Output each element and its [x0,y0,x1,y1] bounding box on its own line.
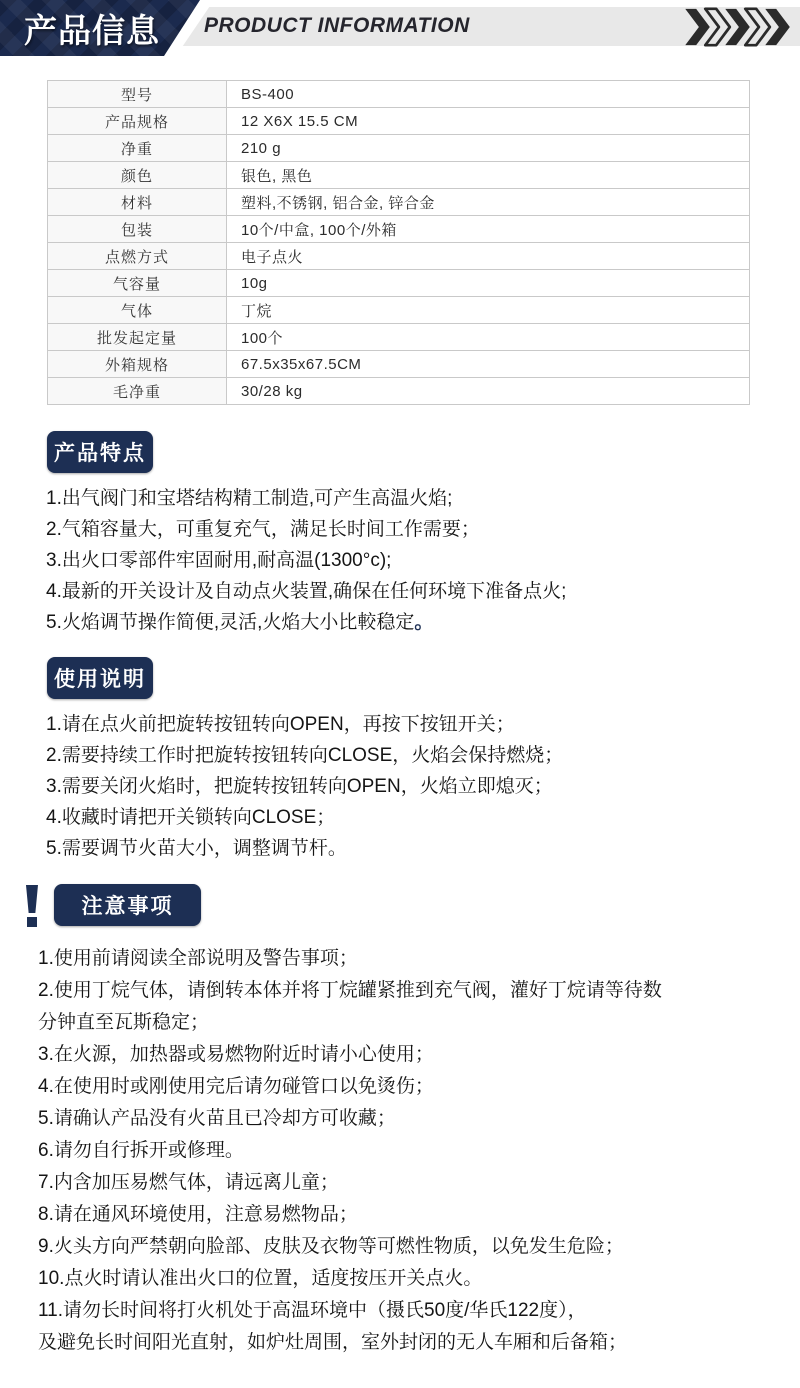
spec-label: 净重 [48,135,227,162]
list-item: 11.请勿长时间将打火机处于高温环境中（摄氏50度/华氏122度）， 及避免长时… [38,1295,766,1359]
list-item: 4.在使用时或刚使用完后请勿碰管口以免烫伤； [38,1071,766,1103]
spec-value: 210 g [227,135,750,162]
spec-value: 10g [227,270,750,297]
spec-value: 67.5x35x67.5CM [227,351,750,378]
section-badge-features: 产品特点 [47,431,153,473]
features-list: 1.出气阀门和宝塔结构精工制造,可产生高温火焰; 2.气箱容量大，可重复充气，满… [46,483,754,638]
list-item: 6.请勿自行拆开或修理。 [38,1135,766,1167]
list-item: 2.需要持续工作时把旋转按钮转向CLOSE，火焰会保持燃烧； [46,740,760,771]
list-item: 2.气箱容量大，可重复充气，满足长时间工作需要； [46,514,754,545]
spec-value: 30/28 kg [227,378,750,405]
table-row: 气体丁烷 [48,297,750,324]
list-item: 1.出气阀门和宝塔结构精工制造,可产生高温火焰; [46,483,754,514]
spec-label: 点燃方式 [48,243,227,270]
list-item: 3.需要关闭火焰时，把旋转按钮转向OPEN，火焰立即熄灭； [46,771,760,802]
table-row: 毛净重30/28 kg [48,378,750,405]
navy-period: 。 [414,612,433,633]
list-item: 2.使用丁烷气体，请倒转本体并将丁烷罐紧推到充气阀，灌好丁烷请等待数 分钟直至瓦… [38,975,766,1039]
page-title-cn: 产品信息 [24,5,160,52]
section-badge-notes: 注意事项 [54,884,201,926]
exclamation-dot [27,917,37,927]
spec-value: 电子点火 [227,243,750,270]
table-row: 气容量10g [48,270,750,297]
spec-label: 外箱规格 [48,351,227,378]
usage-list: 1.请在点火前把旋转按钮转向OPEN，再按下按钮开关； 2.需要持续工作时把旋转… [46,709,760,864]
spec-value: 10个/中盒, 100个/外箱 [227,216,750,243]
spec-label: 产品规格 [48,108,227,135]
table-row: 外箱规格67.5x35x67.5CM [48,351,750,378]
table-row: 批发起定量100个 [48,324,750,351]
list-item: 3.出火口零部件牢固耐用,耐高温(1300°c); [46,545,754,576]
spec-label: 气容量 [48,270,227,297]
spec-label: 型号 [48,81,227,108]
section-badge-usage: 使用说明 [47,657,153,699]
spec-value: BS-400 [227,81,750,108]
spec-label: 包装 [48,216,227,243]
list-item: 9.火头方向严禁朝向脸部、皮肤及衣物等可燃性物质，以免发生危险； [38,1231,766,1263]
page-title-en: PRODUCT INFORMATION [204,14,470,38]
exclamation-bar [26,885,38,913]
list-item: 7.内含加压易燃气体，请远离儿童； [38,1167,766,1199]
spec-label: 颜色 [48,162,227,189]
table-row: 净重210 g [48,135,750,162]
table-row: 型号BS-400 [48,81,750,108]
list-item: 5.请确认产品没有火苗且已冷却方可收藏； [38,1103,766,1135]
list-item: 3.在火源，加热器或易燃物附近时请小心使用； [38,1039,766,1071]
list-item: 4.最新的开关设计及自动点火装置,确保在任何环境下准备点火; [46,576,754,607]
spec-table: 型号BS-400 产品规格12 X6X 15.5 CM 净重210 g 颜色银色… [47,80,750,405]
list-item: 1.使用前请阅读全部说明及警告事项； [38,943,766,975]
spec-value: 银色, 黑色 [227,162,750,189]
list-item: 1.请在点火前把旋转按钮转向OPEN，再按下按钮开关； [46,709,760,740]
chevrons-right-icon [682,7,794,47]
header-banner: 产品信息 PRODUCT INFORMATION [0,0,800,56]
spec-label: 批发起定量 [48,324,227,351]
spec-value: 塑料,不锈钢, 铝合金, 锌合金 [227,189,750,216]
table-row: 材料塑料,不锈钢, 铝合金, 锌合金 [48,189,750,216]
table-row: 产品规格12 X6X 15.5 CM [48,108,750,135]
spec-value: 丁烷 [227,297,750,324]
list-item: 5.需要调节火苗大小，调整调节杆。 [46,833,760,864]
spec-label: 气体 [48,297,227,324]
spec-value: 12 X6X 15.5 CM [227,108,750,135]
table-row: 颜色银色, 黑色 [48,162,750,189]
list-item: 4.收藏时请把开关锁转向CLOSE； [46,802,760,833]
spec-label: 毛净重 [48,378,227,405]
table-row: 点燃方式电子点火 [48,243,750,270]
notes-header: 注意事项 [24,884,800,930]
table-row: 包装10个/中盒, 100个/外箱 [48,216,750,243]
list-item: 5.火焰调节操作简便,灵活,火焰大小比較稳定。 [46,607,754,638]
notes-list: 1.使用前请阅读全部说明及警告事项； 2.使用丁烷气体，请倒转本体并将丁烷罐紧推… [38,943,766,1359]
list-item-text: 5.火焰调节操作简便,灵活,火焰大小比較稳定 [46,612,414,633]
list-item: 10.点火时请认准出火口的位置，适度按压开关点火。 [38,1263,766,1295]
exclamation-icon [24,885,40,927]
spec-value: 100个 [227,324,750,351]
list-item: 8.请在通风环境使用，注意易燃物品； [38,1199,766,1231]
spec-label: 材料 [48,189,227,216]
